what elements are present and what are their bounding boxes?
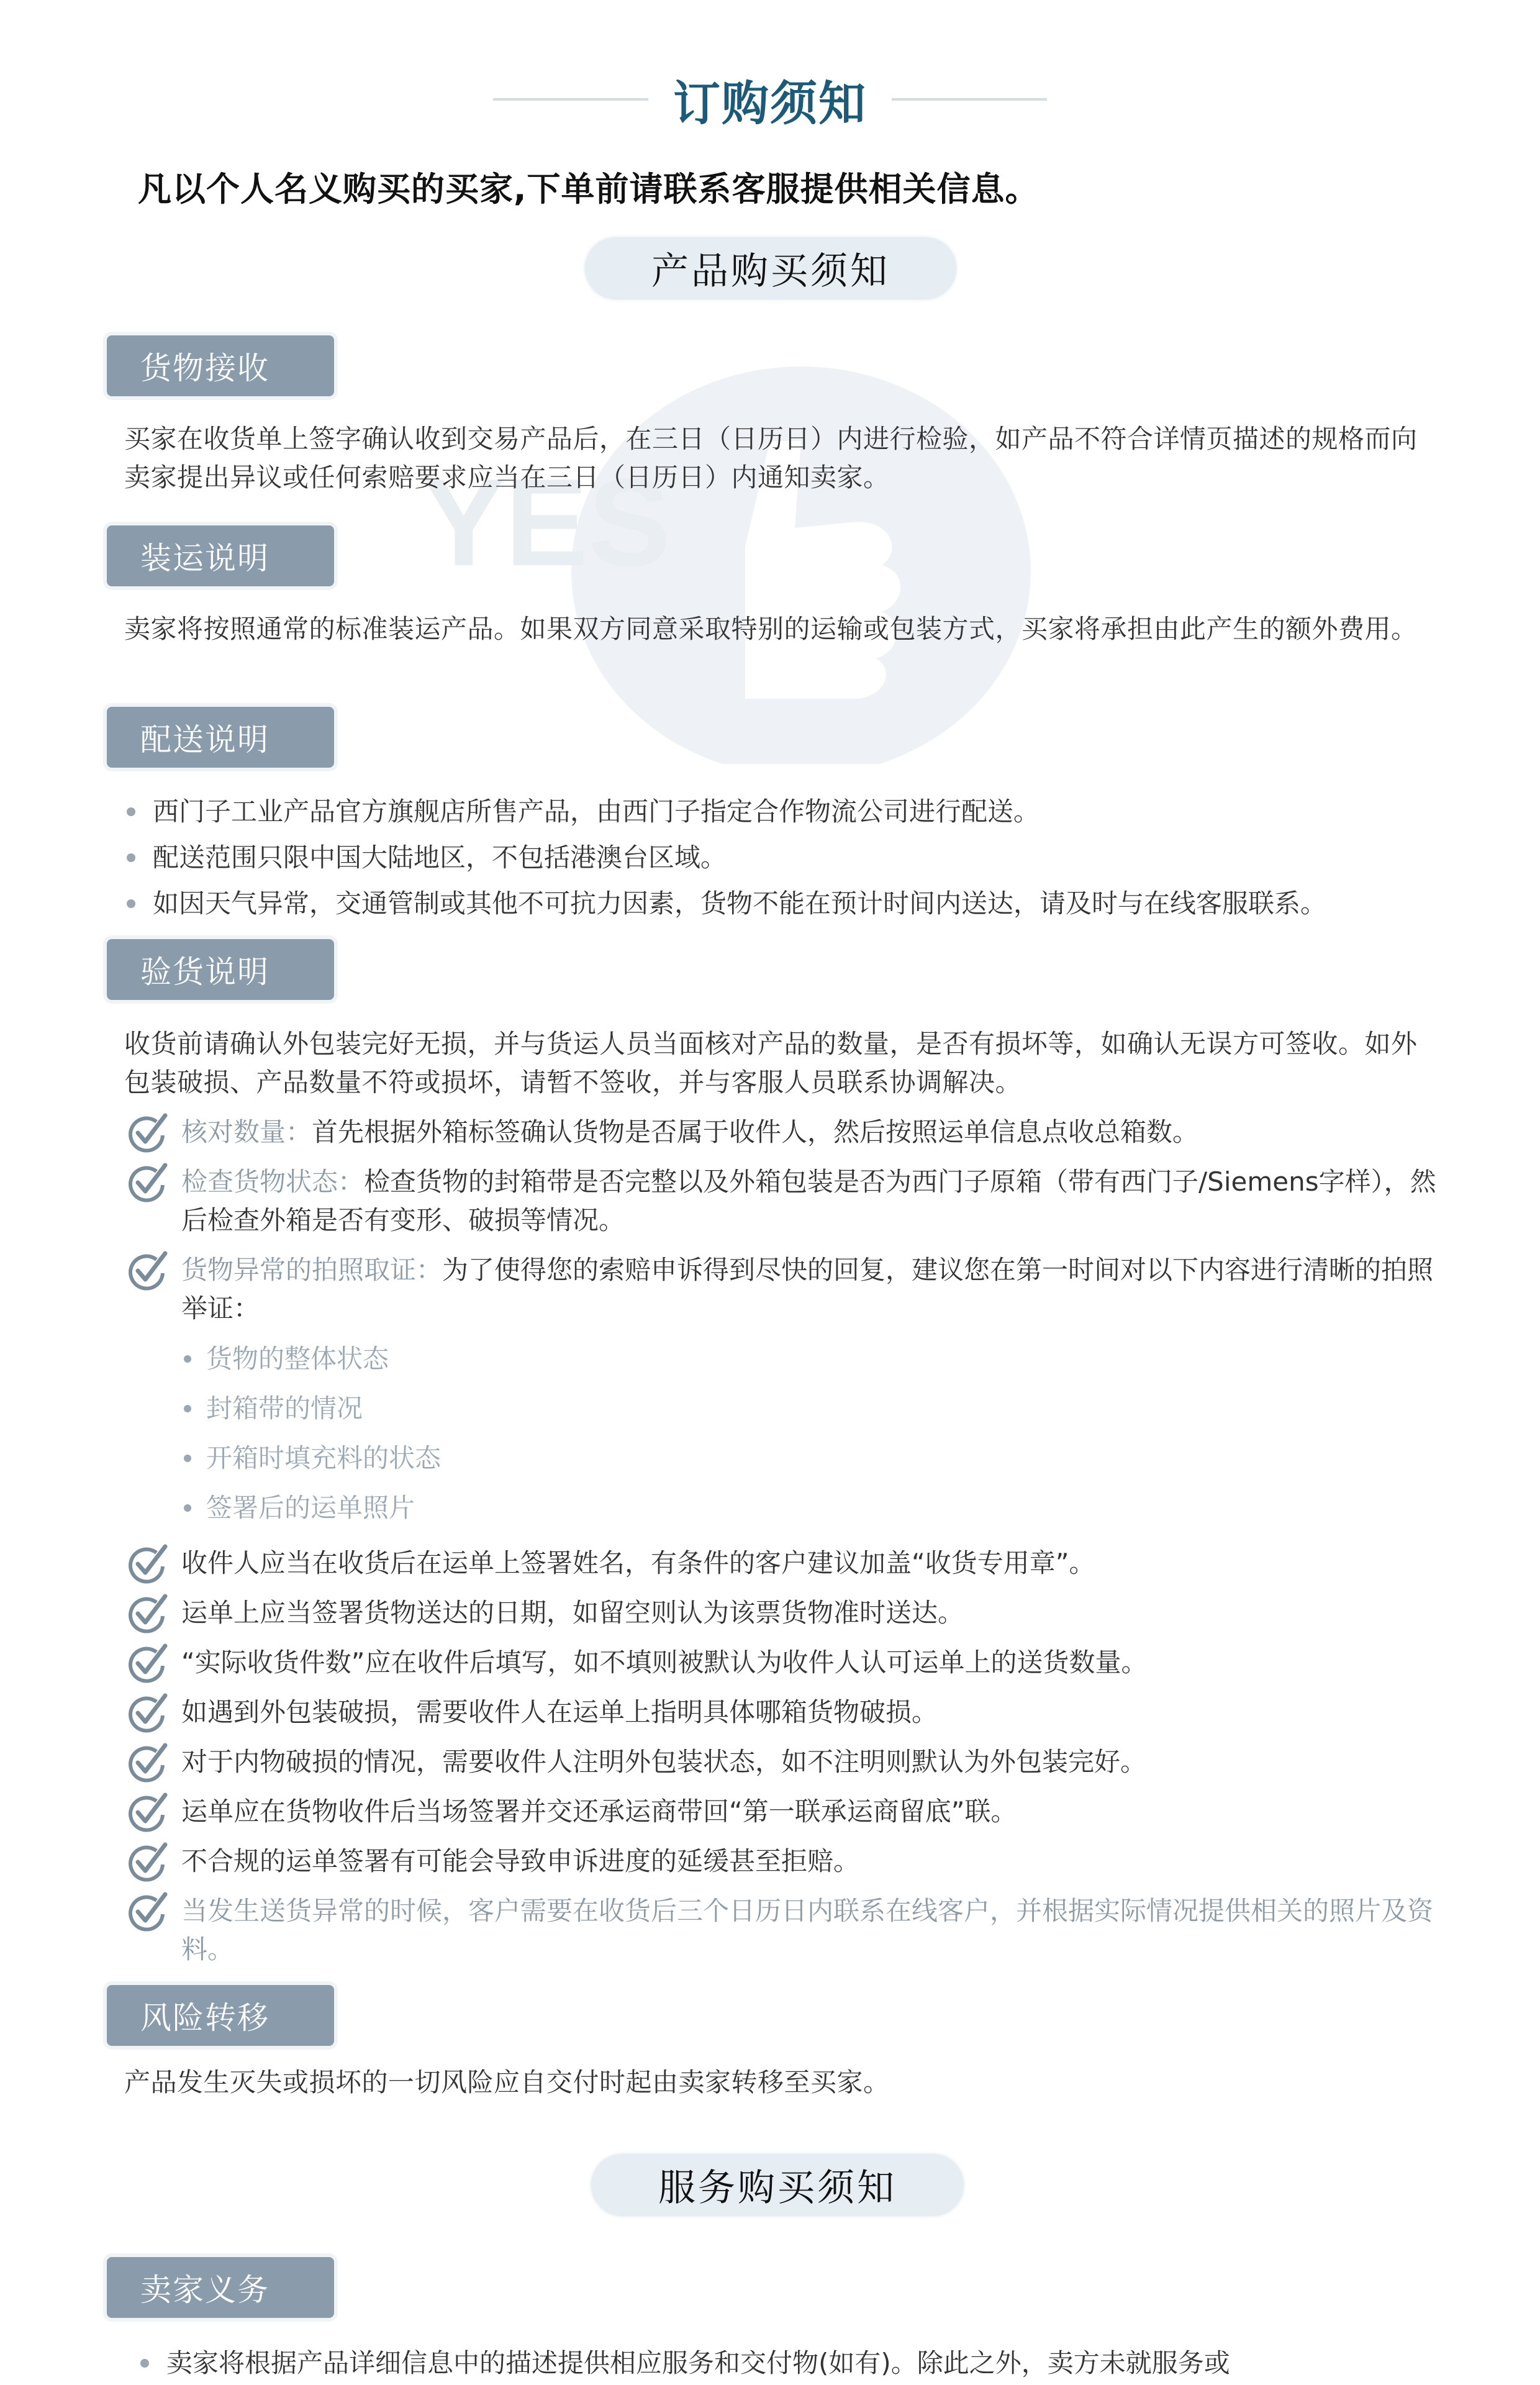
inspection-checklist: 核对数量：首先根据外箱标签确认货物是否属于收件人，然后按照运单信息点收总箱数。 … <box>124 1113 1441 1980</box>
check-circle-icon <box>124 1591 170 1637</box>
check-item: 如遇到外包装破损，需要收件人在运单上指明具体哪箱货物破损。 <box>124 1693 1441 1732</box>
tab-seller-obligations: 卖家义务 <box>107 2257 334 2318</box>
list-item: 如因天气异常，交通管制或其他不可抗力因素，货物不能在预计时间内送达，请及时与在线… <box>124 881 1434 927</box>
title-divider-left <box>493 98 648 101</box>
title-divider-right <box>892 98 1047 101</box>
list-item: 卖家将根据产品详细信息中的描述提供相应服务和交付物(如有)。除此之外，卖方未就服… <box>138 2340 1448 2385</box>
list-item: 西门子工业产品官方旗舰店所售产品，由西门子指定合作物流公司进行配送。 <box>124 789 1434 835</box>
tab-delivery: 配送说明 <box>107 707 334 768</box>
photo-evidence-list: 货物的整体状态 封箱带的情况 开箱时填充料的状态 签署后的运单照片 <box>181 1334 1441 1533</box>
list-item: 货物的整体状态 <box>181 1334 1441 1384</box>
check-item: 货物异常的拍照取证：为了使得您的索赔申诉得到尽快的回复，建议您在第一时间对以下内… <box>124 1251 1441 1533</box>
bullet-icon <box>140 2359 149 2368</box>
bullet-icon <box>184 1504 191 1512</box>
check-circle-icon <box>124 1641 170 1687</box>
check-item: 收件人应当在收货后在运单上签署姓名，有条件的客户建议加盖“收货专用章”。 <box>124 1544 1441 1583</box>
bullet-icon <box>184 1355 191 1363</box>
check-circle-icon <box>124 1542 170 1588</box>
check-circle-icon <box>124 1740 170 1786</box>
inspection-text: 收货前请确认外包装完好无损，并与货运人员当面核对产品的数量，是否有损坏等，如确认… <box>124 1025 1434 1102</box>
check-item: 运单应在货物收件后当场签署并交还承运商带回“第一联承运商留底”联。 <box>124 1792 1441 1831</box>
check-circle-icon <box>124 1248 170 1294</box>
bullet-icon <box>127 899 135 908</box>
delivery-list: 西门子工业产品官方旗舰店所售产品，由西门子指定合作物流公司进行配送。 配送范围只… <box>124 789 1434 927</box>
goods-receipt-text: 买家在收货单上签字确认收到交易产品后，在三日（日历日）内进行检验，如产品不符合详… <box>124 420 1434 497</box>
check-circle-icon <box>124 1111 170 1156</box>
list-item: 封箱带的情况 <box>181 1384 1441 1433</box>
check-item: “实际收货件数”应在收件后填写，如不填则被默认为收件人认可运单上的送货数量。 <box>124 1643 1441 1682</box>
check-item: 不合规的运单签署有可能会导致申诉进度的延缓甚至拒赔。 <box>124 1842 1441 1881</box>
page-title-row: 订购须知 <box>0 62 1540 137</box>
service-purchase-pill: 服务购买须知 <box>591 2154 964 2216</box>
shipping-text: 卖家将按照通常的标准装运产品。如果双方同意采取特别的运输或包装方式，买家将承担由… <box>124 610 1434 648</box>
check-item: 运单上应当签署货物送达的日期，如留空则认为该票货物准时送达。 <box>124 1594 1441 1632</box>
bullet-icon <box>127 853 135 862</box>
bullet-icon <box>184 1455 191 1462</box>
check-item: 对于内物破损的情况，需要收件人注明外包装状态，如不注明则默认为外包装完好。 <box>124 1743 1441 1781</box>
tab-shipping: 装运说明 <box>107 525 334 586</box>
check-circle-icon <box>124 1889 170 1935</box>
intro-notice: 凡以个人名义购买的买家,下单前请联系客服提供相关信息。 <box>138 163 1039 211</box>
page-title: 订购须知 <box>673 66 867 134</box>
seller-obligations-list: 卖家将根据产品详细信息中的描述提供相应服务和交付物(如有)。除此之外，卖方未就服… <box>138 2340 1448 2385</box>
tab-goods-receipt: 货物接收 <box>107 335 334 396</box>
check-item: 核对数量：首先根据外箱标签确认货物是否属于收件人，然后按照运单信息点收总箱数。 <box>124 1113 1441 1152</box>
tab-risk-transfer: 风险转移 <box>107 1985 334 2046</box>
check-circle-icon <box>124 1840 170 1886</box>
check-circle-icon <box>124 1790 170 1836</box>
check-item: 检查货物状态：检查货物的封箱带是否完整以及外箱包装是否为西门子原箱（带有西门子/… <box>124 1163 1441 1240</box>
tab-inspection: 验货说明 <box>107 939 334 1000</box>
list-item: 签署后的运单照片 <box>181 1483 1441 1533</box>
check-item: 当发生送货异常的时候，客户需要在收货后三个日历日内联系在线客户，并根据实际情况提… <box>124 1892 1441 1969</box>
risk-transfer-text: 产品发生灭失或损坏的一切风险应自交付时起由卖家转移至买家。 <box>124 2063 1434 2102</box>
list-item: 开箱时填充料的状态 <box>181 1433 1441 1483</box>
bullet-icon <box>184 1405 191 1412</box>
product-purchase-pill: 产品购买须知 <box>585 237 956 299</box>
check-circle-icon <box>124 1160 170 1206</box>
check-circle-icon <box>124 1691 170 1737</box>
bullet-icon <box>127 807 135 816</box>
list-item: 配送范围只限中国大陆地区，不包括港澳台区域。 <box>124 835 1434 881</box>
